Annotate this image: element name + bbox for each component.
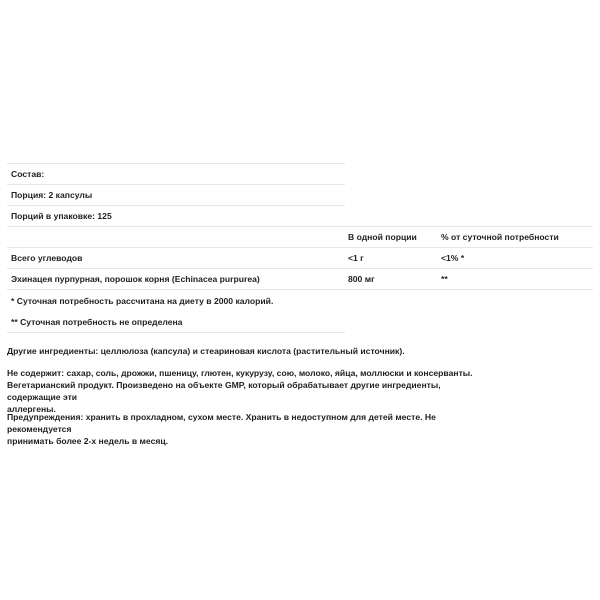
nutrient-daily-value: <1% * <box>441 253 464 263</box>
footnote: ** Суточная потребность не определена <box>7 311 345 332</box>
other-ingredients-text: Другие ингредиенты: целлюлоза (капсула) … <box>7 345 477 357</box>
table-row: Всего углеводов <1 г <1% * <box>7 247 593 268</box>
warnings-line-2: принимать более 2-х недель в месяц. <box>7 435 477 447</box>
does-not-contain: Не содержит: сахар, соль, дрожжи, пшениц… <box>7 367 477 415</box>
warnings-line-1: Предупреждения: хранить в прохладном, су… <box>7 411 477 435</box>
footnote-not-established: ** Суточная потребность не определена <box>11 317 182 327</box>
table-header-row: В одной порции % от суточной потребности <box>7 226 593 247</box>
serving-size-row: Порция: 2 капсулы <box>7 184 345 205</box>
composition-row: Состав: <box>7 163 345 184</box>
servings-per-container: Порций в упаковке: 125 <box>11 211 112 221</box>
nutrient-daily-value: ** <box>441 274 448 284</box>
footnote-daily-value: * Суточная потребность рассчитана на дие… <box>11 296 273 306</box>
composition-label: Состав: <box>11 169 44 179</box>
nutrient-amount: <1 г <box>348 253 364 263</box>
column-header-daily-value: % от суточной потребности <box>441 232 559 242</box>
nutrient-amount: 800 мг <box>348 274 375 284</box>
serving-size: Порция: 2 капсулы <box>11 190 92 200</box>
servings-per-container-row: Порций в упаковке: 125 <box>7 205 345 226</box>
column-header-per-serving: В одной порции <box>348 232 417 242</box>
other-ingredients: Другие ингредиенты: целлюлоза (капсула) … <box>7 345 477 357</box>
nutrient-name: Всего углеводов <box>11 253 82 263</box>
table-row: Эхинацея пурпурная, порошок корня (Echin… <box>7 268 593 290</box>
does-not-contain-line-2: Вегетарианский продукт. Произведено на о… <box>7 379 477 403</box>
supplement-facts-table: Состав: Порция: 2 капсулы Порций в упако… <box>7 163 595 333</box>
does-not-contain-line-1: Не содержит: сахар, соль, дрожжи, пшениц… <box>7 367 477 379</box>
warnings: Предупреждения: хранить в прохладном, су… <box>7 411 477 447</box>
table-bottom-divider <box>7 332 345 333</box>
footnote: * Суточная потребность рассчитана на дие… <box>7 290 345 311</box>
nutrient-name: Эхинацея пурпурная, порошок корня (Echin… <box>11 274 260 284</box>
